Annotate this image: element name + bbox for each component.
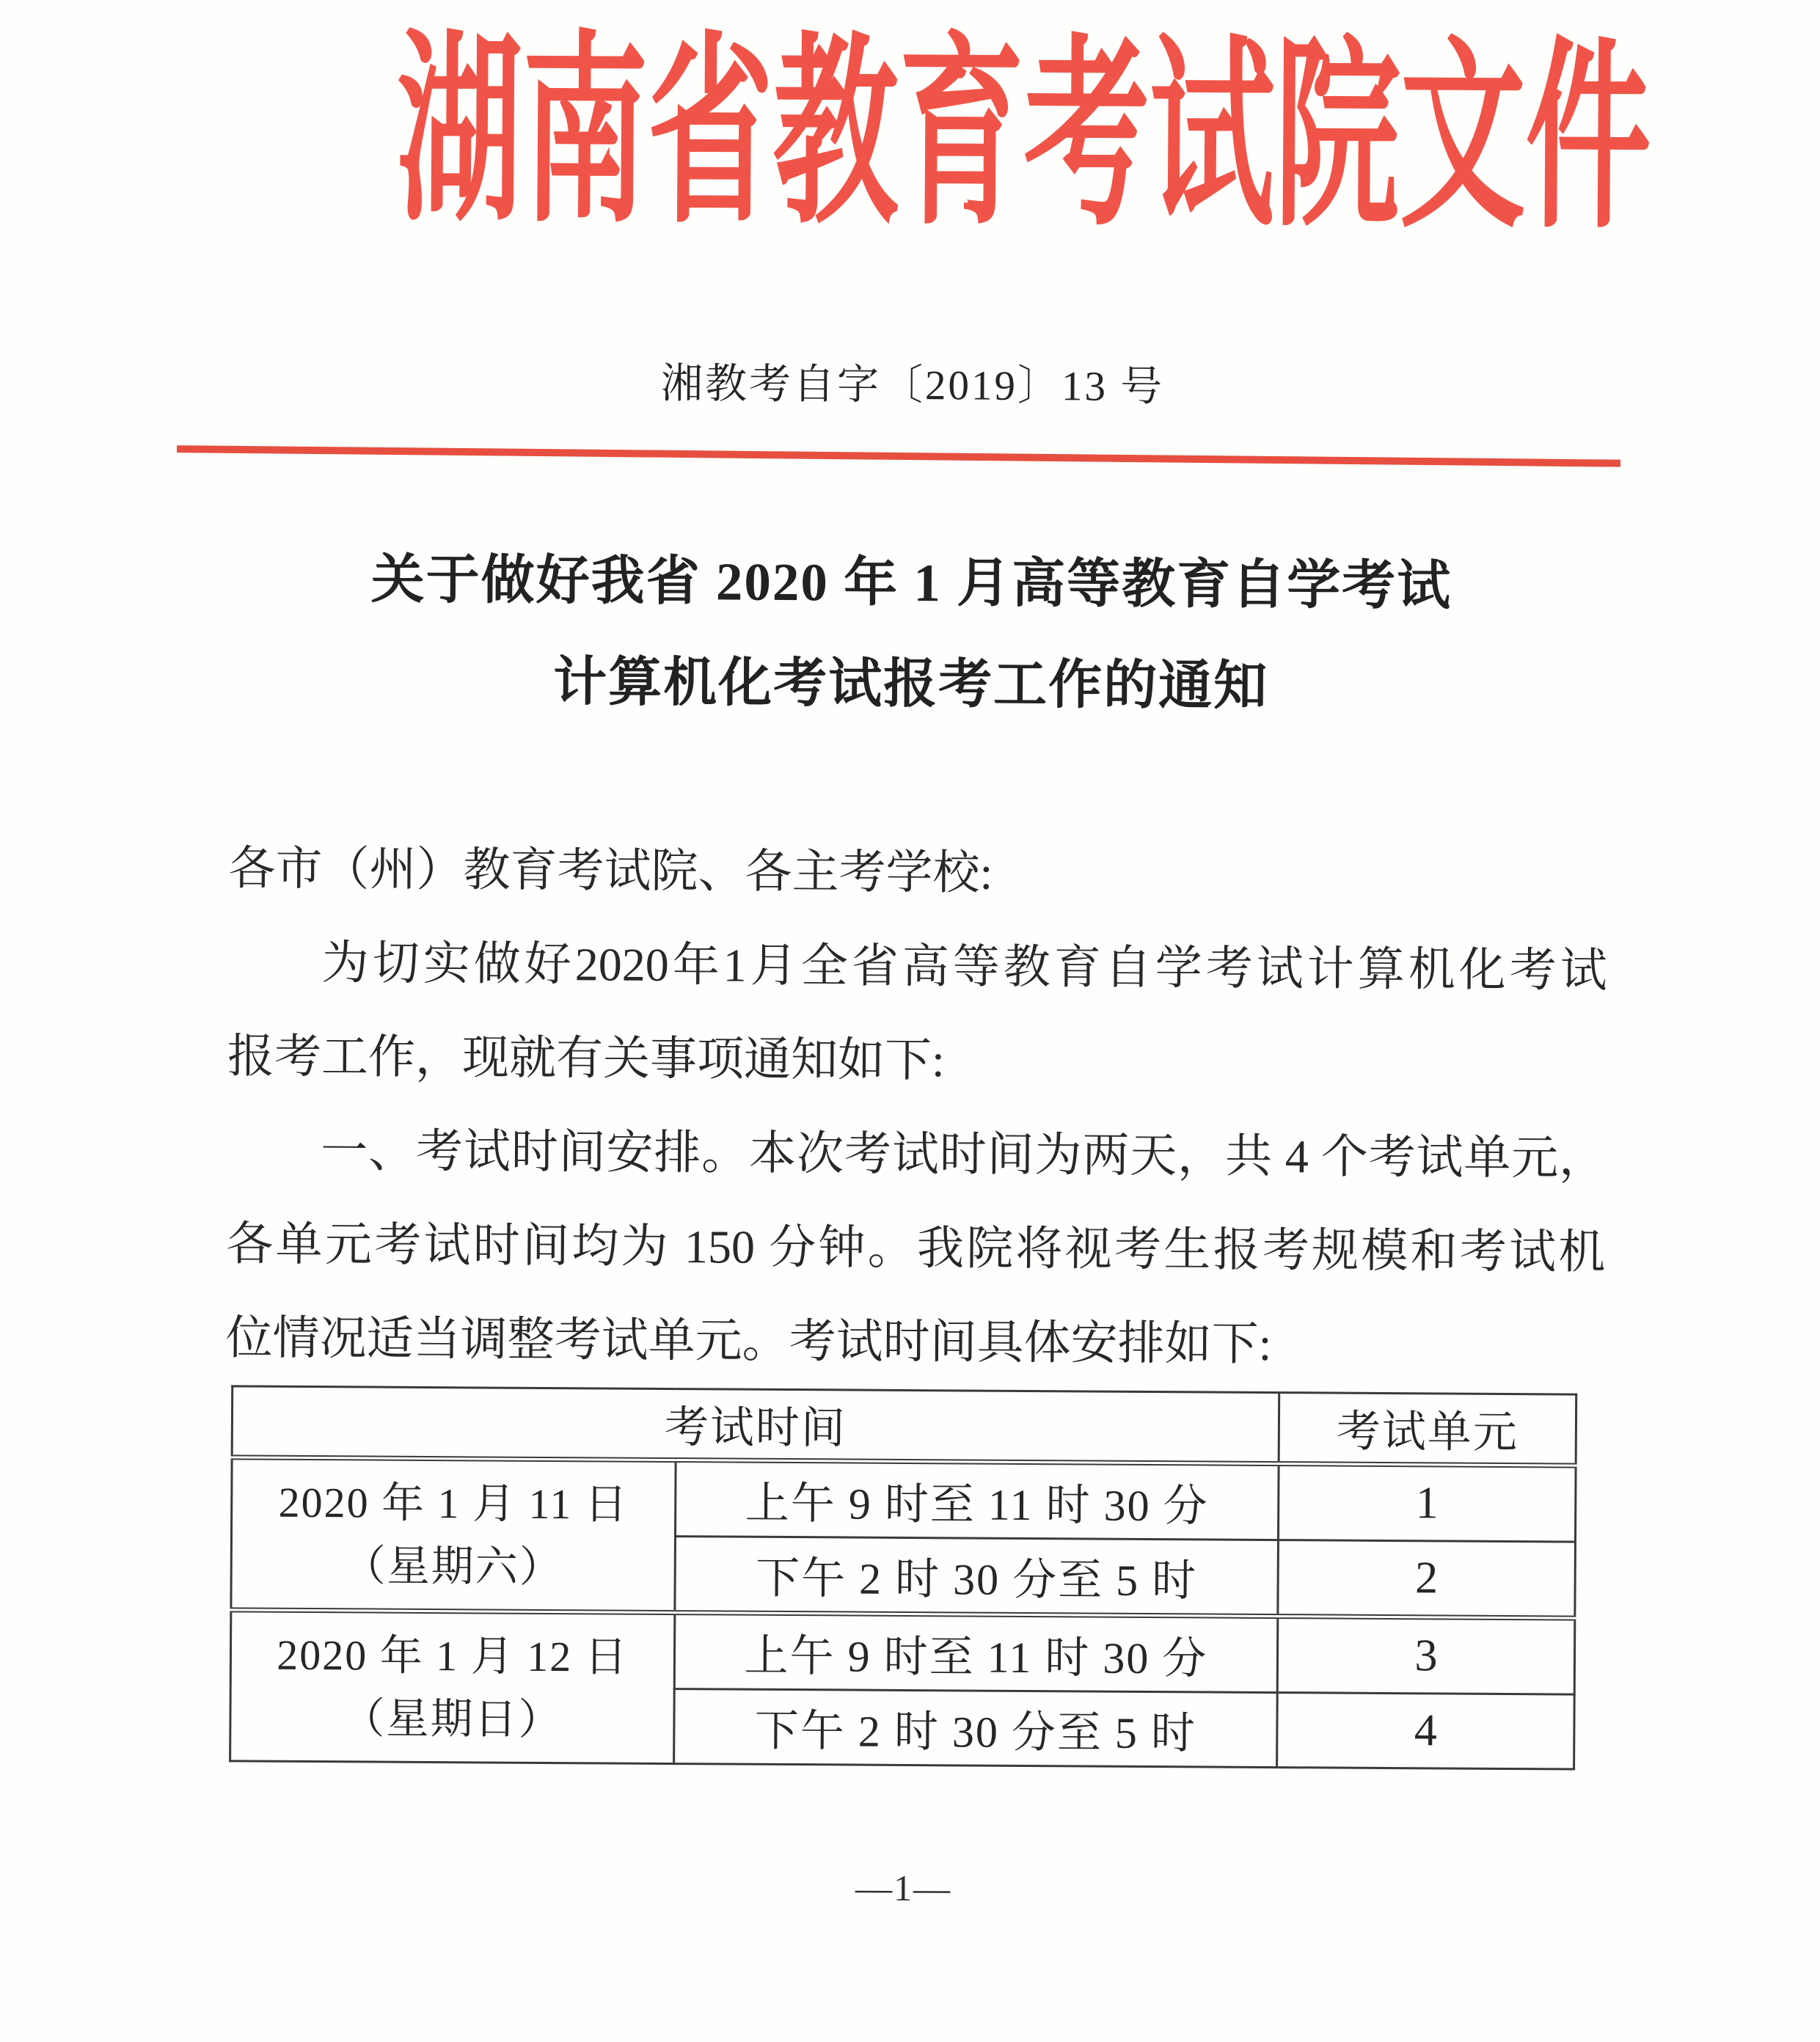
table-header-exam-unit: 考试单元: [1279, 1393, 1576, 1465]
letterhead-title: 湖南省教育考试院文件: [396, 13, 1652, 260]
exam-session-time: 下午 2 时 30 分至 5 时: [674, 1689, 1278, 1768]
exam-session-time: 下午 2 时 30 分至 5 时: [675, 1537, 1279, 1617]
exam-date: 2020 年 1 月 11 日: [233, 1471, 675, 1537]
exam-date: 2020 年 1 月 12 日: [232, 1623, 674, 1689]
table-header-row: 考试时间 考试单元: [232, 1386, 1576, 1465]
exam-unit-number: 2: [1278, 1540, 1576, 1618]
scanned-document-page: 湖南省教育考试院文件 湘教考自字〔2019〕13 号 关于做好我省 2020 年…: [0, 0, 1820, 2042]
exam-unit-number: 3: [1277, 1617, 1575, 1694]
red-divider-line: [177, 445, 1620, 467]
document-body: 各市（州）教育考试院、各主考学校: 为切实做好2020年1月全省高等教育自学考试…: [225, 821, 1608, 1393]
title-line-2: 计算机化考试报考工作的通知: [1, 628, 1820, 740]
paragraph-2-line-1: 一、考试时间安排。本次考试时间为两天，共 4 个考试单元，: [227, 1103, 1607, 1205]
exam-unit-number: 4: [1277, 1693, 1575, 1769]
exam-session-time: 上午 9 时至 11 时 30 分: [674, 1613, 1278, 1693]
exam-date-cell-day1: 2020 年 1 月 11 日 （星期六）: [231, 1457, 676, 1613]
exam-unit-number: 1: [1278, 1464, 1576, 1542]
paragraph-2-line-3: 位情况适当调整考试单元。考试时间具体安排如下:: [225, 1291, 1605, 1393]
exam-schedule-table: 考试时间 考试单元 2020 年 1 月 11 日 （星期六） 上午 9 时至 …: [229, 1385, 1577, 1770]
exam-weekday: （星期六）: [232, 1534, 674, 1600]
salutation: 各市（州）教育考试院、各主考学校:: [228, 821, 1608, 923]
exam-date-cell-day2: 2020 年 1 月 12 日 （星期日）: [230, 1610, 675, 1764]
page-number: —1—: [0, 1862, 1813, 1914]
exam-session-time: 上午 9 时至 11 时 30 分: [676, 1460, 1279, 1540]
scan-content: 湖南省教育考试院文件 湘教考自字〔2019〕13 号 关于做好我省 2020 年…: [0, 0, 1820, 2042]
paragraph-1-line-1: 为切实做好2020年1月全省高等教育自学考试计算机化考试: [227, 915, 1607, 1017]
letterhead: 湖南省教育考试院文件: [4, 10, 1820, 260]
table-row: 2020 年 1 月 12 日 （星期日） 上午 9 时至 11 时 30 分 …: [230, 1610, 1575, 1694]
paragraph-1-line-2: 报考工作，现就有关事项通知如下:: [227, 1009, 1607, 1111]
table-row: 2020 年 1 月 11 日 （星期六） 上午 9 时至 11 时 30 分 …: [232, 1457, 1576, 1542]
document-number: 湘教考自字〔2019〕13 号: [2, 351, 1820, 420]
title-line-1: 关于做好我省 2020 年 1 月高等教育自学考试: [1, 527, 1820, 639]
paragraph-2-line-2: 各单元考试时间均为 150 分钟。我院将视考生报考规模和考试机: [226, 1197, 1606, 1299]
exam-weekday: （星期日）: [231, 1686, 673, 1752]
table-header-exam-time: 考试时间: [232, 1386, 1279, 1464]
document-title: 关于做好我省 2020 年 1 月高等教育自学考试 计算机化考试报考工作的通知: [1, 527, 1820, 740]
